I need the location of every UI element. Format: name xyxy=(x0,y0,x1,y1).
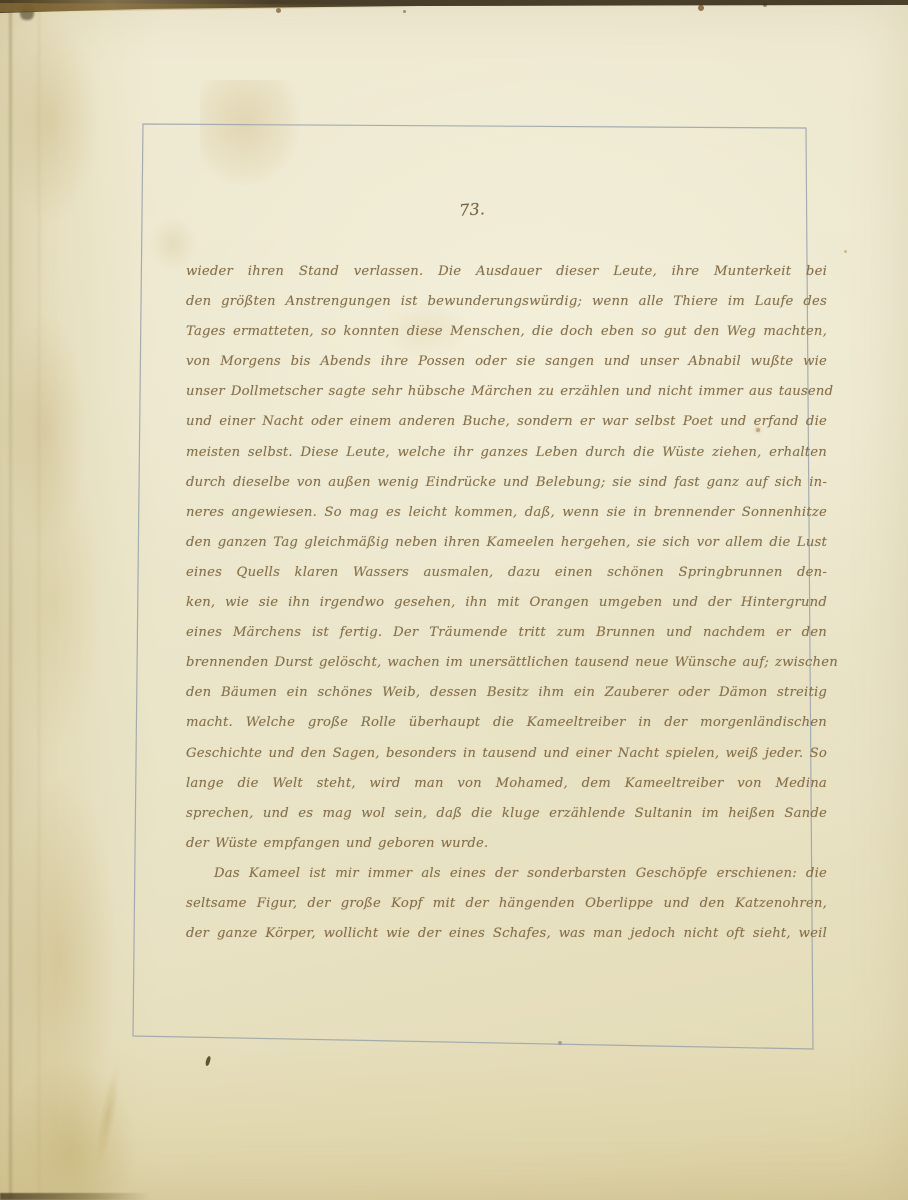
manuscript-line: Tages ermatteten, so konnten diese Mensc… xyxy=(186,317,827,347)
manuscript-scan: 73. wieder ihren Stand verlassen. Die Au… xyxy=(0,0,908,1200)
manuscript-line: Das Kameel ist mir immer als eines der s… xyxy=(186,859,827,889)
manuscript-line: sprechen, und es mag wol sein, daß die k… xyxy=(186,799,827,829)
manuscript-line: macht. Welche große Rolle überhaupt die … xyxy=(186,708,827,738)
manuscript-line: neres angewiesen. So mag es leicht komme… xyxy=(186,498,827,528)
manuscript-line: von Morgens bis Abends ihre Possen oder … xyxy=(186,347,827,377)
manuscript-line: ken, wie sie ihn irgendwo gesehen, ihn m… xyxy=(186,588,827,618)
manuscript-line: den größten Anstrengungen ist bewunderun… xyxy=(186,287,827,317)
manuscript-line: brennenden Durst gelöscht, wachen im une… xyxy=(186,648,827,678)
manuscript-line: der ganze Körper, wollicht wie der eines… xyxy=(186,919,827,949)
manuscript-line: meisten selbst. Diese Leute, welche ihr … xyxy=(186,438,827,468)
manuscript-line: eines Märchens ist fertig. Der Träumende… xyxy=(186,618,827,648)
manuscript-line: Geschichte und den Sagen, besonders in t… xyxy=(186,739,827,769)
manuscript-line: unser Dollmetscher sagte sehr hübsche Mä… xyxy=(186,377,827,407)
manuscript-line: durch dieselbe von außen wenig Eindrücke… xyxy=(186,468,827,498)
manuscript-line: der Wüste empfangen und geboren wurde. xyxy=(186,829,827,859)
manuscript-line: lange die Welt steht, wird man von Moham… xyxy=(186,769,827,799)
manuscript-line: wieder ihren Stand verlassen. Die Ausdau… xyxy=(186,257,827,287)
manuscript-line: seltsame Figur, der große Kopf mit der h… xyxy=(186,889,827,919)
manuscript-line: den ganzen Tag gleichmäßig neben ihren K… xyxy=(186,528,827,558)
manuscript-text-block: wieder ihren Stand verlassen. Die Ausdau… xyxy=(186,257,827,949)
manuscript-line: eines Quells klaren Wassers ausmalen, da… xyxy=(186,558,827,588)
book-edge-bottom xyxy=(0,1193,150,1200)
manuscript-line: den Bäumen ein schönes Weib, dessen Besi… xyxy=(186,678,827,708)
frame-ink-dot xyxy=(558,1041,562,1045)
manuscript-line: und einer Nacht oder einem anderen Buche… xyxy=(186,407,827,437)
